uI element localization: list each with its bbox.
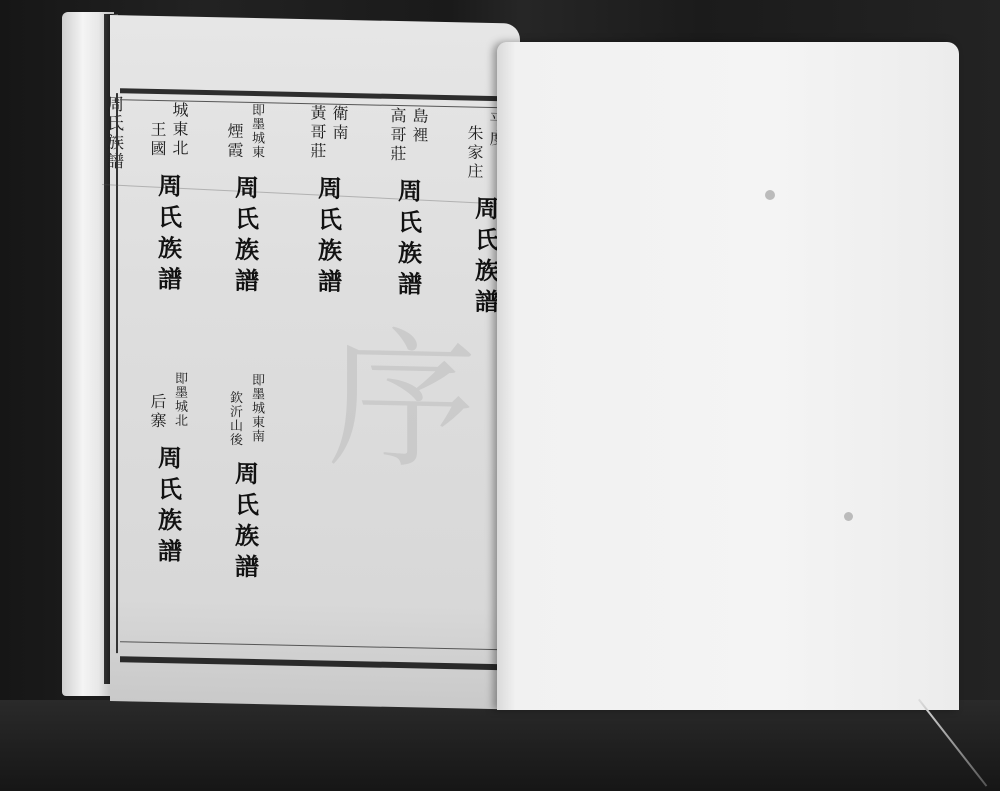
column-weinan: 衛南 黃哥莊 周氏族譜 (308, 104, 348, 300)
place-name: 即墨城北 后寨 (148, 371, 188, 432)
paper-spot (844, 512, 853, 521)
place-line-2: 王國 (148, 121, 166, 159)
column-wangguo: 城東北 王國 周氏族譜 (148, 101, 188, 298)
column-title: 周氏族譜 (151, 445, 186, 570)
place-line-2: 高哥莊 (388, 107, 406, 164)
faded-bleed-through: 序 (280, 319, 496, 474)
left-page: 周氏族譜 序 平度 朱家庄 周氏族譜 島裡 高哥莊 周氏族譜 衛南 黃哥莊 周氏… (110, 15, 520, 710)
column-title: 周氏族譜 (311, 175, 346, 300)
place-line-1: 即墨城東南 (247, 373, 265, 447)
column-houzhai: 即墨城北 后寨 周氏族譜 (148, 371, 188, 570)
place-line-1: 即墨城東 (247, 103, 265, 161)
right-page-blank (497, 42, 959, 710)
place-name: 城東北 王國 (148, 101, 188, 160)
table-surface (0, 700, 1000, 791)
place-line-1: 城東北 (170, 101, 188, 159)
place-line-1: 即墨城北 (170, 371, 188, 431)
place-line-2: 朱家庄 (465, 124, 483, 181)
place-name: 島裡 高哥莊 (388, 107, 428, 165)
place-name: 衛南 黃哥莊 (308, 104, 348, 162)
column-yanxia: 即墨城東 煙霞 周氏族譜 (225, 102, 265, 299)
place-line-1: 衛南 (330, 105, 348, 162)
place-name: 即墨城東南 欽沂山後 (225, 372, 265, 447)
column-title: 周氏族譜 (151, 173, 186, 298)
column-title: 周氏族譜 (228, 460, 263, 585)
place-line-2: 黃哥莊 (308, 104, 326, 161)
column-qinyishanhou: 即墨城東南 欽沂山後 周氏族譜 (225, 372, 265, 585)
place-line-2: 煙霞 (225, 122, 243, 160)
column-title: 周氏族譜 (391, 178, 426, 303)
column-title: 周氏族譜 (228, 174, 263, 299)
paper-spot (765, 190, 775, 200)
gutter-line (116, 93, 118, 653)
place-line-2: 后寨 (148, 393, 166, 431)
column-daoli: 島裡 高哥莊 周氏族譜 (388, 107, 428, 303)
place-line-2: 欽沂山後 (225, 390, 243, 446)
place-line-1: 島裡 (410, 107, 428, 164)
place-name: 即墨城東 煙霞 (225, 102, 265, 161)
